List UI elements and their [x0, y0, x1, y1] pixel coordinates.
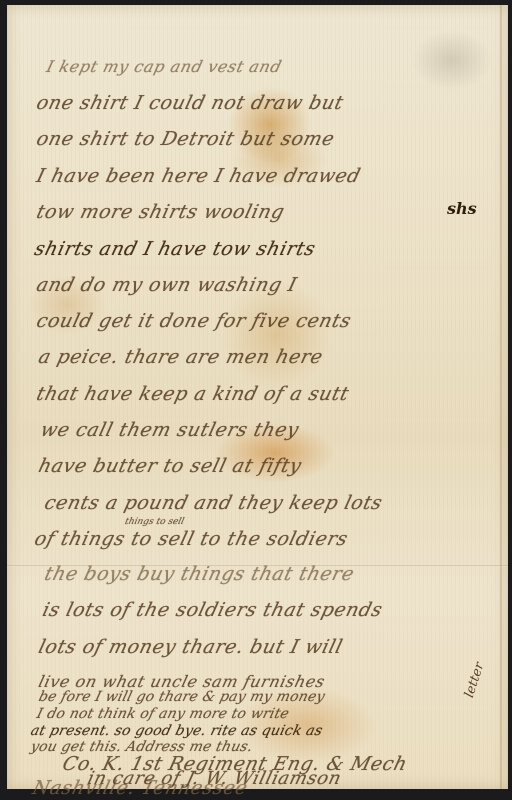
- scanned-letter: I kept my cap and vest and one shirt I c…: [0, 0, 512, 800]
- letter-line: one shirt I could not draw but: [34, 92, 346, 114]
- letter-line: I kept my cap and vest and: [45, 57, 284, 76]
- letter-line: that have keep a kind of a sutt: [34, 383, 351, 405]
- letter-line: could get it done for five cents: [34, 310, 353, 332]
- letter-line: we call them sutlers they: [38, 419, 301, 441]
- letter-body: I kept my cap and vest and one shirt I c…: [7, 5, 508, 789]
- address-care-of: in care of J. W. Williamson: [85, 768, 343, 789]
- letter-line: one shirt to Detroit but some: [34, 128, 337, 150]
- letter-line: is lots of the soldiers that spends: [40, 599, 385, 621]
- letter-line: I do not think of any more to write: [35, 706, 291, 722]
- letter-line: have butter to sell at fifty: [36, 455, 304, 477]
- crossed-out-word: shs: [447, 199, 477, 218]
- letter-line: be fore I will go thare & pay my money: [37, 689, 327, 705]
- letter-line: at present. so good bye. rite as quick a…: [29, 723, 324, 739]
- letter-line: and do my own washing I: [34, 274, 299, 296]
- interlinear-insertion: things to sell: [124, 517, 185, 527]
- letter-line: the boys buy things that there: [42, 563, 356, 585]
- letter-line: I have been here I have drawed: [34, 165, 363, 187]
- letter-paper: I kept my cap and vest and one shirt I c…: [7, 5, 508, 789]
- letter-line: a peice. thare are men here: [36, 346, 325, 368]
- letter-line: cents a pound and they keep lots: [42, 492, 385, 514]
- letter-line: lots of money thare. but I will: [36, 636, 345, 658]
- letter-line: shirts and I have tow shirts: [32, 238, 318, 260]
- letter-line: of things to sell to the soldiers: [32, 528, 350, 550]
- letter-line: tow more shirts wooling: [34, 201, 287, 223]
